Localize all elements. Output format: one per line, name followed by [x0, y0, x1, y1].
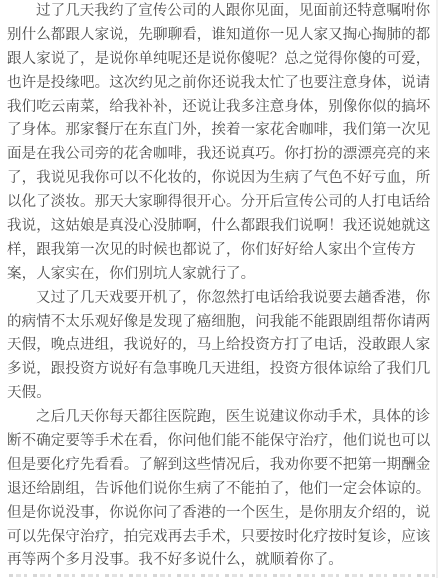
text-line: 我们吃云南菜，给我补补，还说让我多注意身体，别像你似的搞坏 [7, 96, 435, 120]
text-line: 再等两个多月没事。我不好多说什么，就顺着你了。 [7, 549, 435, 573]
text-line: 的病情不太乐观好像是发现了癌细胞，问我能不能跟剧组帮你请两 [7, 311, 435, 335]
text-line: 多说，跟投资方说好有急事晚几天进组，投资方很体谅给了我们几 [7, 358, 435, 382]
text-line: 又过了几天戏要开机了，你忽然打电话给我说要去趟香港，你 [7, 287, 435, 311]
text-line: 但是要化疗先看看。了解到这些情况后，我劝你要不把第一期酬金 [7, 454, 435, 478]
text-line: 我说，这姑娘是真没心没肺啊，什么都跟我们说啊！我还说她就这 [7, 215, 435, 239]
text-line: 过了几天我约了宣传公司的人跟你见面，见面前还特意嘱咐你 [7, 0, 435, 24]
text-line: 天假，晚点进组，我说好的，马上给投资方打了电话，没敢跟人家 [7, 334, 435, 358]
text-line: 但是你说没事，你说你问了香港的一个医生，是你朋友介绍的，说 [7, 502, 435, 526]
text-line: 断不确定要等手术在看，你问他们能不能保守治疗，他们说也可以 [7, 430, 435, 454]
text-line: 可以先保守治疗，拍完戏再去手术，只要按时化疗按时复诊，应该 [7, 526, 435, 550]
text-line: 之后几天你每天都往医院跑，医生说建议你动手术，具体的诊 [7, 406, 435, 430]
text-line: 面是在我公司旁的花舍咖啡，我还说真巧。你打扮的漂漂亮亮的来 [7, 143, 435, 167]
right-divider [436, 0, 438, 578]
text-line: 也许是投缘吧。这次约见之前你还说我太忙了也要注意身体，说请 [7, 72, 435, 96]
text-line: 退还给剧组，告诉他们说你生病了不能拍了，他们一定会体谅的。 [7, 478, 435, 502]
clipped-next-line [9, 574, 435, 577]
text-line: 跟人家说了，是说你单纯呢还是说你傻呢？总之觉得你傻的可爱， [7, 48, 435, 72]
text-line: 案，人家实在，你们别坑人家就行了。 [7, 263, 435, 287]
text-line: 别什么都跟人家说，先聊聊看，谁知道你一见人家又掏心掏肺的都 [7, 24, 435, 48]
story-text: 过了几天我约了宣传公司的人跟你见面，见面前还特意嘱咐你别什么都跟人家说，先聊聊看… [7, 0, 435, 573]
text-line: 以化了淡妆。那天大家聊得很开心。分开后宣传公司的人打电话给 [7, 191, 435, 215]
text-page: 过了几天我约了宣传公司的人跟你见面，见面前还特意嘱咐你别什么都跟人家说，先聊聊看… [0, 0, 442, 578]
text-line: 样，跟我第一次见的时候也都说了，你们好好给人家出个宣传方 [7, 239, 435, 263]
text-line: 天假。 [7, 382, 435, 406]
text-line: 了，我说见我你可以不化妆的，你说因为生病了气色不好亏血，所 [7, 167, 435, 191]
text-line: 了身体。那家餐厅在东直门外，挨着一家花舍咖啡，我们第一次见 [7, 119, 435, 143]
